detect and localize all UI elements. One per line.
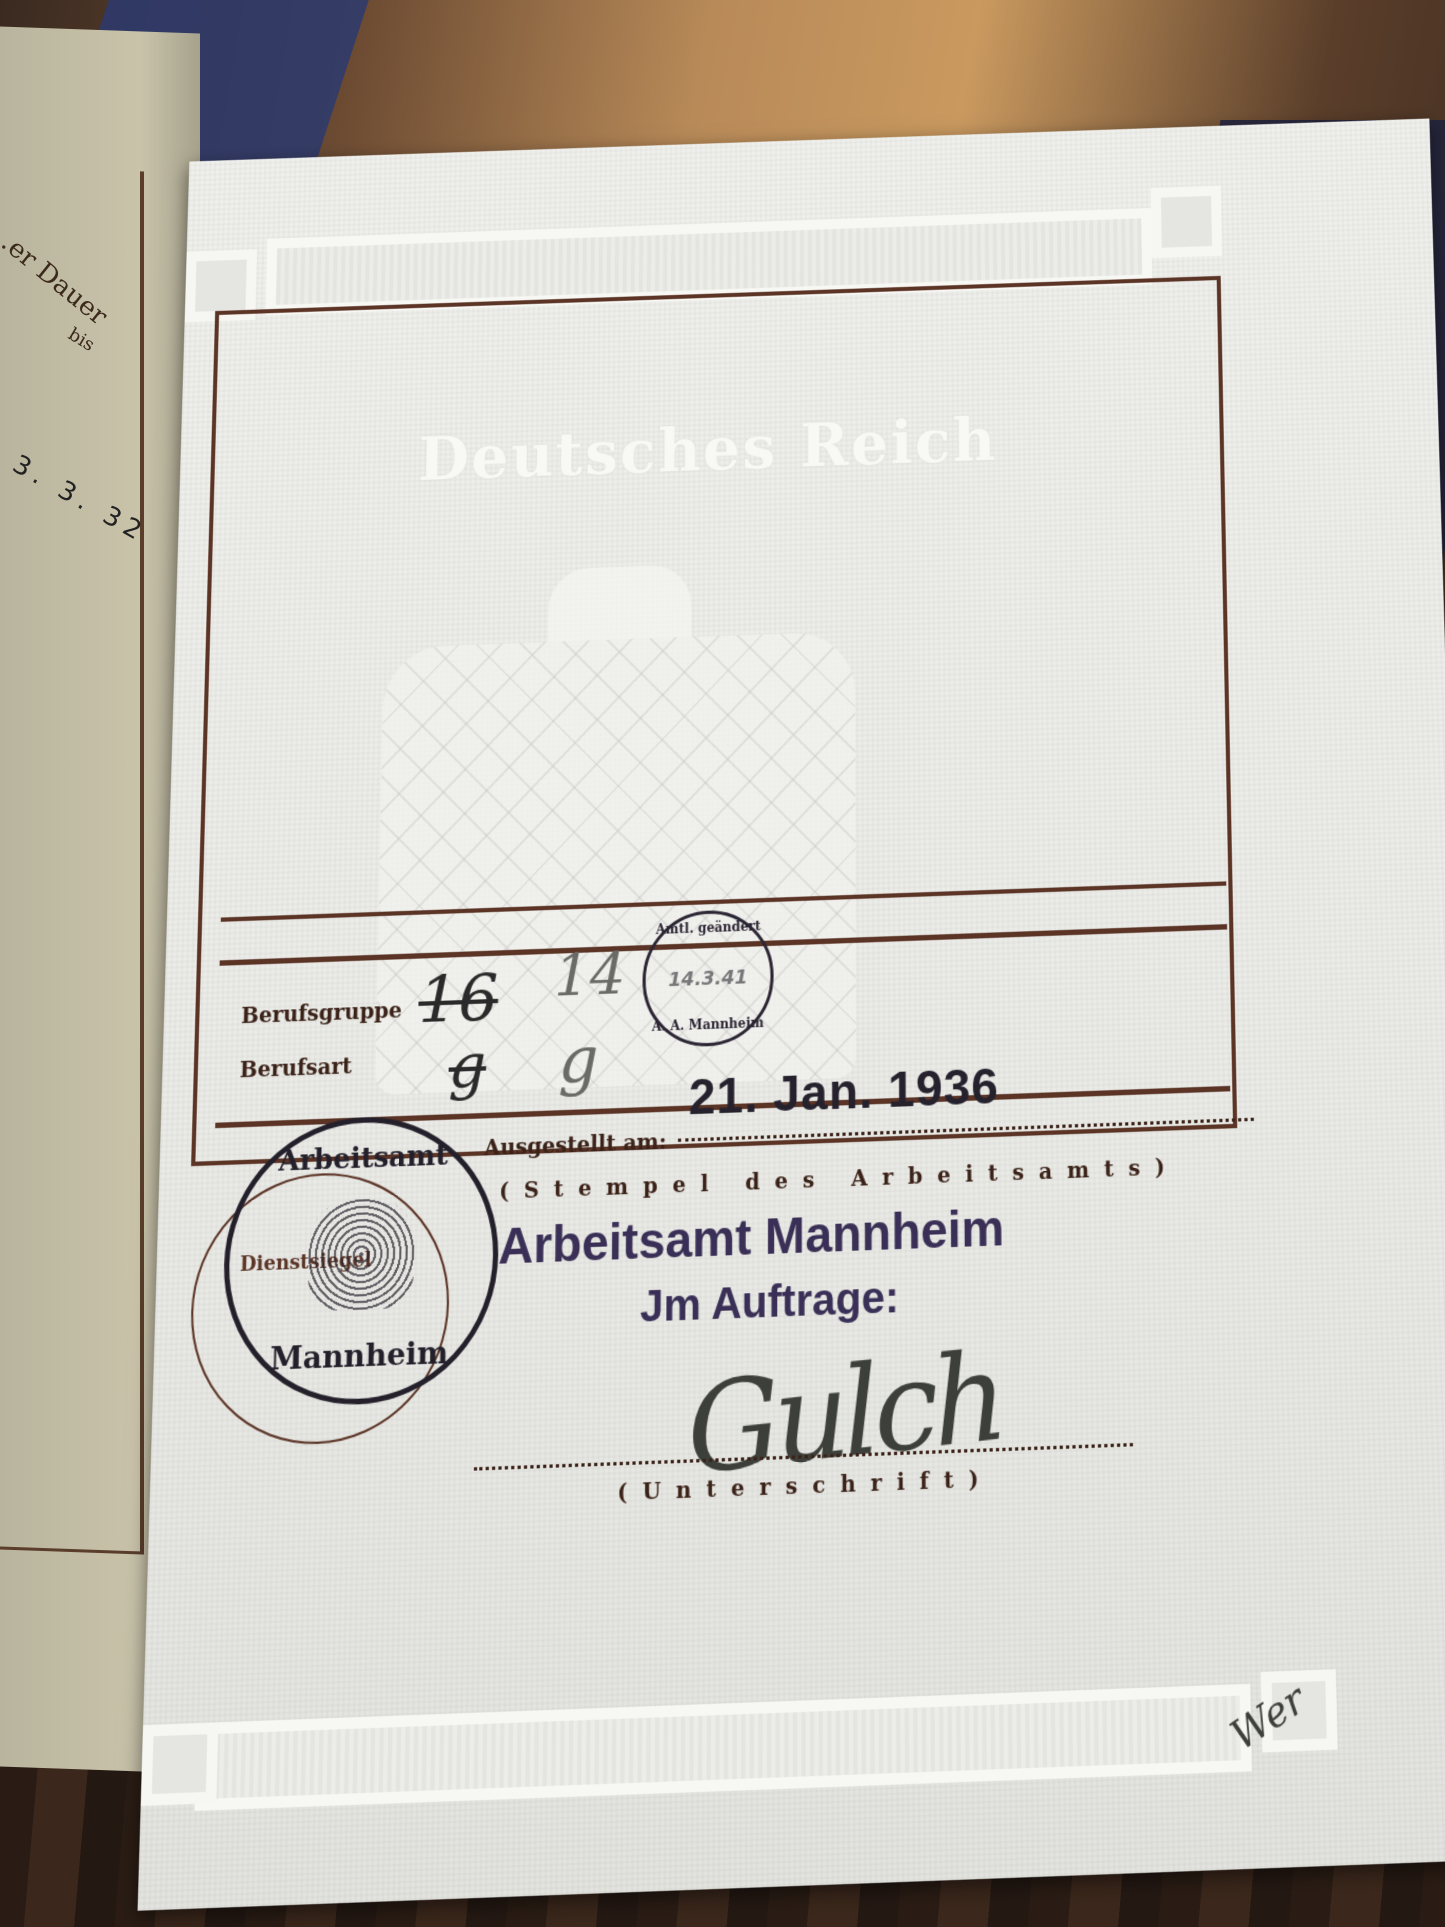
signature-caption: (Unterschrift) [617,1465,993,1506]
berufsgruppe-old-value: 16 [418,961,499,1039]
berufsgruppe-new-value: 14 [554,940,626,1010]
stamp-caption: (Stempel des Arbeitsamts) [499,1153,1180,1204]
security-border-bottom [194,1684,1251,1811]
watermark-title: Deutsches Reich [417,404,997,494]
border-ornament-icon [1151,186,1222,259]
issued-date: 21. Jan. 1936 [689,1056,1000,1126]
change-stamp: Amtl. geändert 14.3.41 A. A. Mannheim [642,908,774,1048]
change-stamp-date: 14.3.41 [668,966,747,991]
seal-bottom-text: Mannheim [226,1333,491,1379]
seal-emblem-icon [307,1197,415,1311]
berufsart-old-value: g [448,1032,487,1104]
document-page: Deutsches Reich Berufsgruppe 16 14 Beruf… [138,118,1445,1910]
seal-top-text: Arbeitsamt [232,1138,495,1180]
berufsart-new-value: g [558,1022,599,1099]
left-page-table [0,165,144,1554]
office-stamp-on-behalf: Jm Auftrage: [640,1273,899,1332]
official-seal: Arbeitsamt Mannheim [220,1112,500,1409]
office-stamp-name: Arbeitsamt Mannheim [498,1198,1004,1276]
berufsart-label: Berufsart [239,1053,352,1083]
photo-frame: Deutsches Reich Berufsgruppe 16 14 Beruf… [191,276,1237,1166]
border-ornament-icon [141,1722,219,1806]
change-stamp-top-text: Amtl. geändert [646,918,771,937]
issued-label: Ausgestellt am: [484,1128,667,1161]
